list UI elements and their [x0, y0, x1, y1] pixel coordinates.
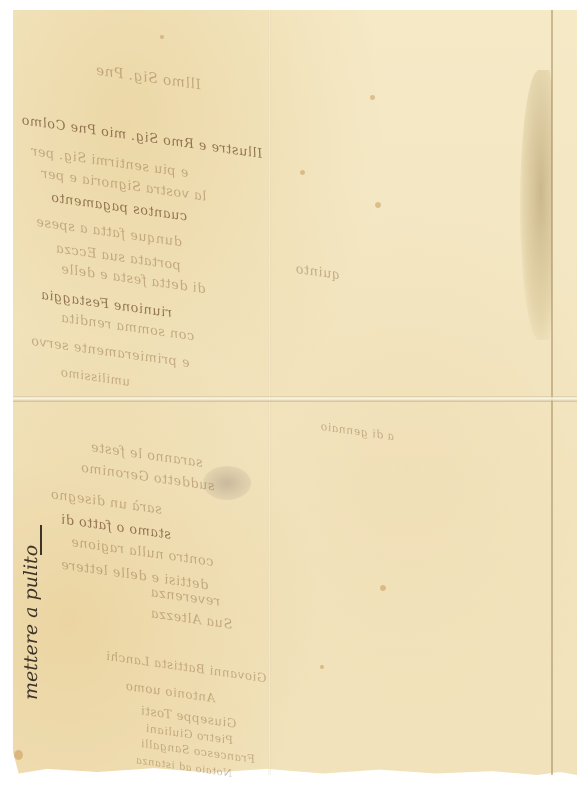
foxing-spot [300, 170, 305, 175]
foxing-spot [370, 95, 375, 100]
horizontal-fold-line [13, 396, 577, 402]
pencil-annotation: mettere a pulito [20, 545, 42, 700]
foxing-spot [380, 585, 386, 591]
foxing-spot [375, 202, 381, 208]
water-stain [520, 70, 552, 340]
vertical-fold-line [268, 10, 271, 775]
foxing-spot [320, 665, 324, 669]
foxing-spot [160, 35, 164, 39]
page-edge-line [551, 10, 553, 775]
foxing-spot [14, 750, 23, 760]
